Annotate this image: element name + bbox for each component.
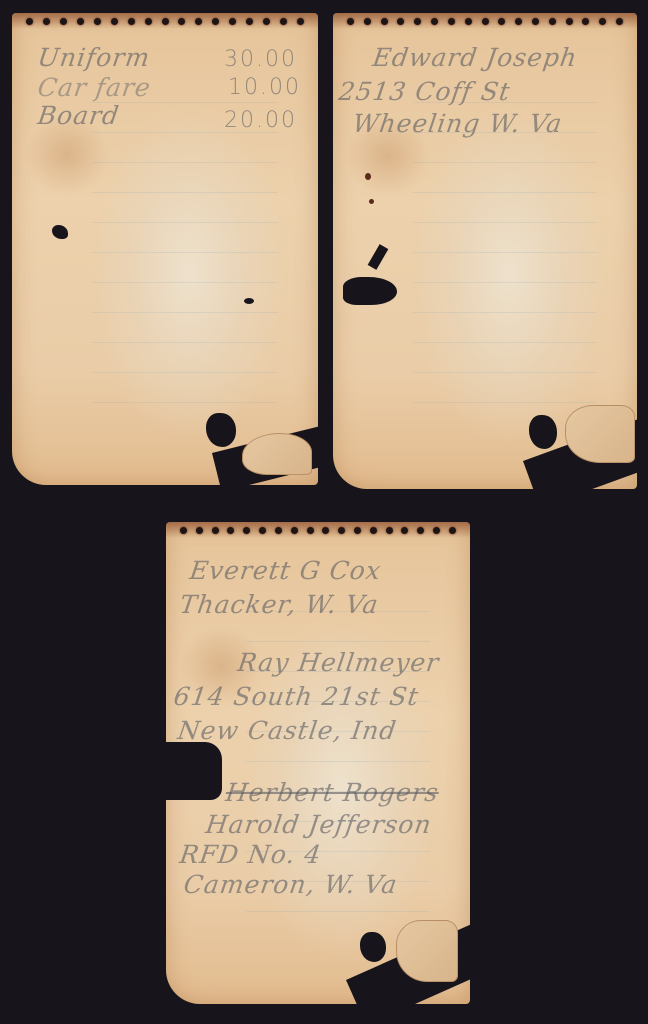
- expense-amount: 10.00: [228, 75, 301, 100]
- spiral-holes: [333, 13, 637, 29]
- paper-hole: [343, 277, 397, 305]
- notebook-page-expenses: Uniform 30.00 Car fare 10.00 Board 20.00: [12, 13, 318, 485]
- rust-spot: [369, 199, 374, 204]
- address-street: 614 South 21st St: [172, 682, 421, 711]
- address-city: Wheeling W. Va: [351, 109, 564, 138]
- paper-hole: [244, 298, 254, 304]
- expense-label: Car fare: [36, 73, 153, 102]
- address-city: Thacker, W. Va: [178, 590, 381, 619]
- address-name: Ray Hellmeyer: [236, 648, 441, 677]
- paper-hole: [360, 932, 386, 962]
- address-street: 2513 Coff St: [337, 77, 512, 106]
- notebook-page-address-1: Edward Joseph 2513 Coff St Wheeling W. V…: [333, 13, 637, 489]
- address-city: Cameron, W. Va: [182, 870, 399, 899]
- expense-label: Board: [36, 101, 121, 130]
- paper-tear: [368, 244, 389, 270]
- paper-hole: [166, 742, 222, 800]
- paper-hole: [52, 225, 68, 239]
- expense-amount: 20.00: [224, 108, 297, 133]
- crossed-out-name: Herbert Rogers: [224, 778, 441, 807]
- address-name: Harold Jefferson: [204, 810, 434, 839]
- address-name: Everett G Cox: [188, 556, 383, 585]
- paper-hole: [529, 415, 557, 449]
- paper-hole: [206, 413, 236, 447]
- spiral-holes: [12, 13, 318, 29]
- spiral-holes: [166, 522, 470, 538]
- folded-corner: [565, 405, 635, 463]
- folded-corner: [396, 920, 458, 982]
- folded-corner: [242, 433, 312, 475]
- expense-label: Uniform: [36, 43, 152, 72]
- notebook-page-address-2: Everett G Cox Thacker, W. Va Ray Hellmey…: [166, 522, 470, 1004]
- expense-amount: 30.00: [224, 47, 297, 72]
- rust-spot: [365, 173, 371, 180]
- address-route: RFD No. 4: [178, 840, 324, 869]
- address-city: New Castle, Ind: [176, 716, 399, 745]
- address-name: Edward Joseph: [371, 43, 579, 72]
